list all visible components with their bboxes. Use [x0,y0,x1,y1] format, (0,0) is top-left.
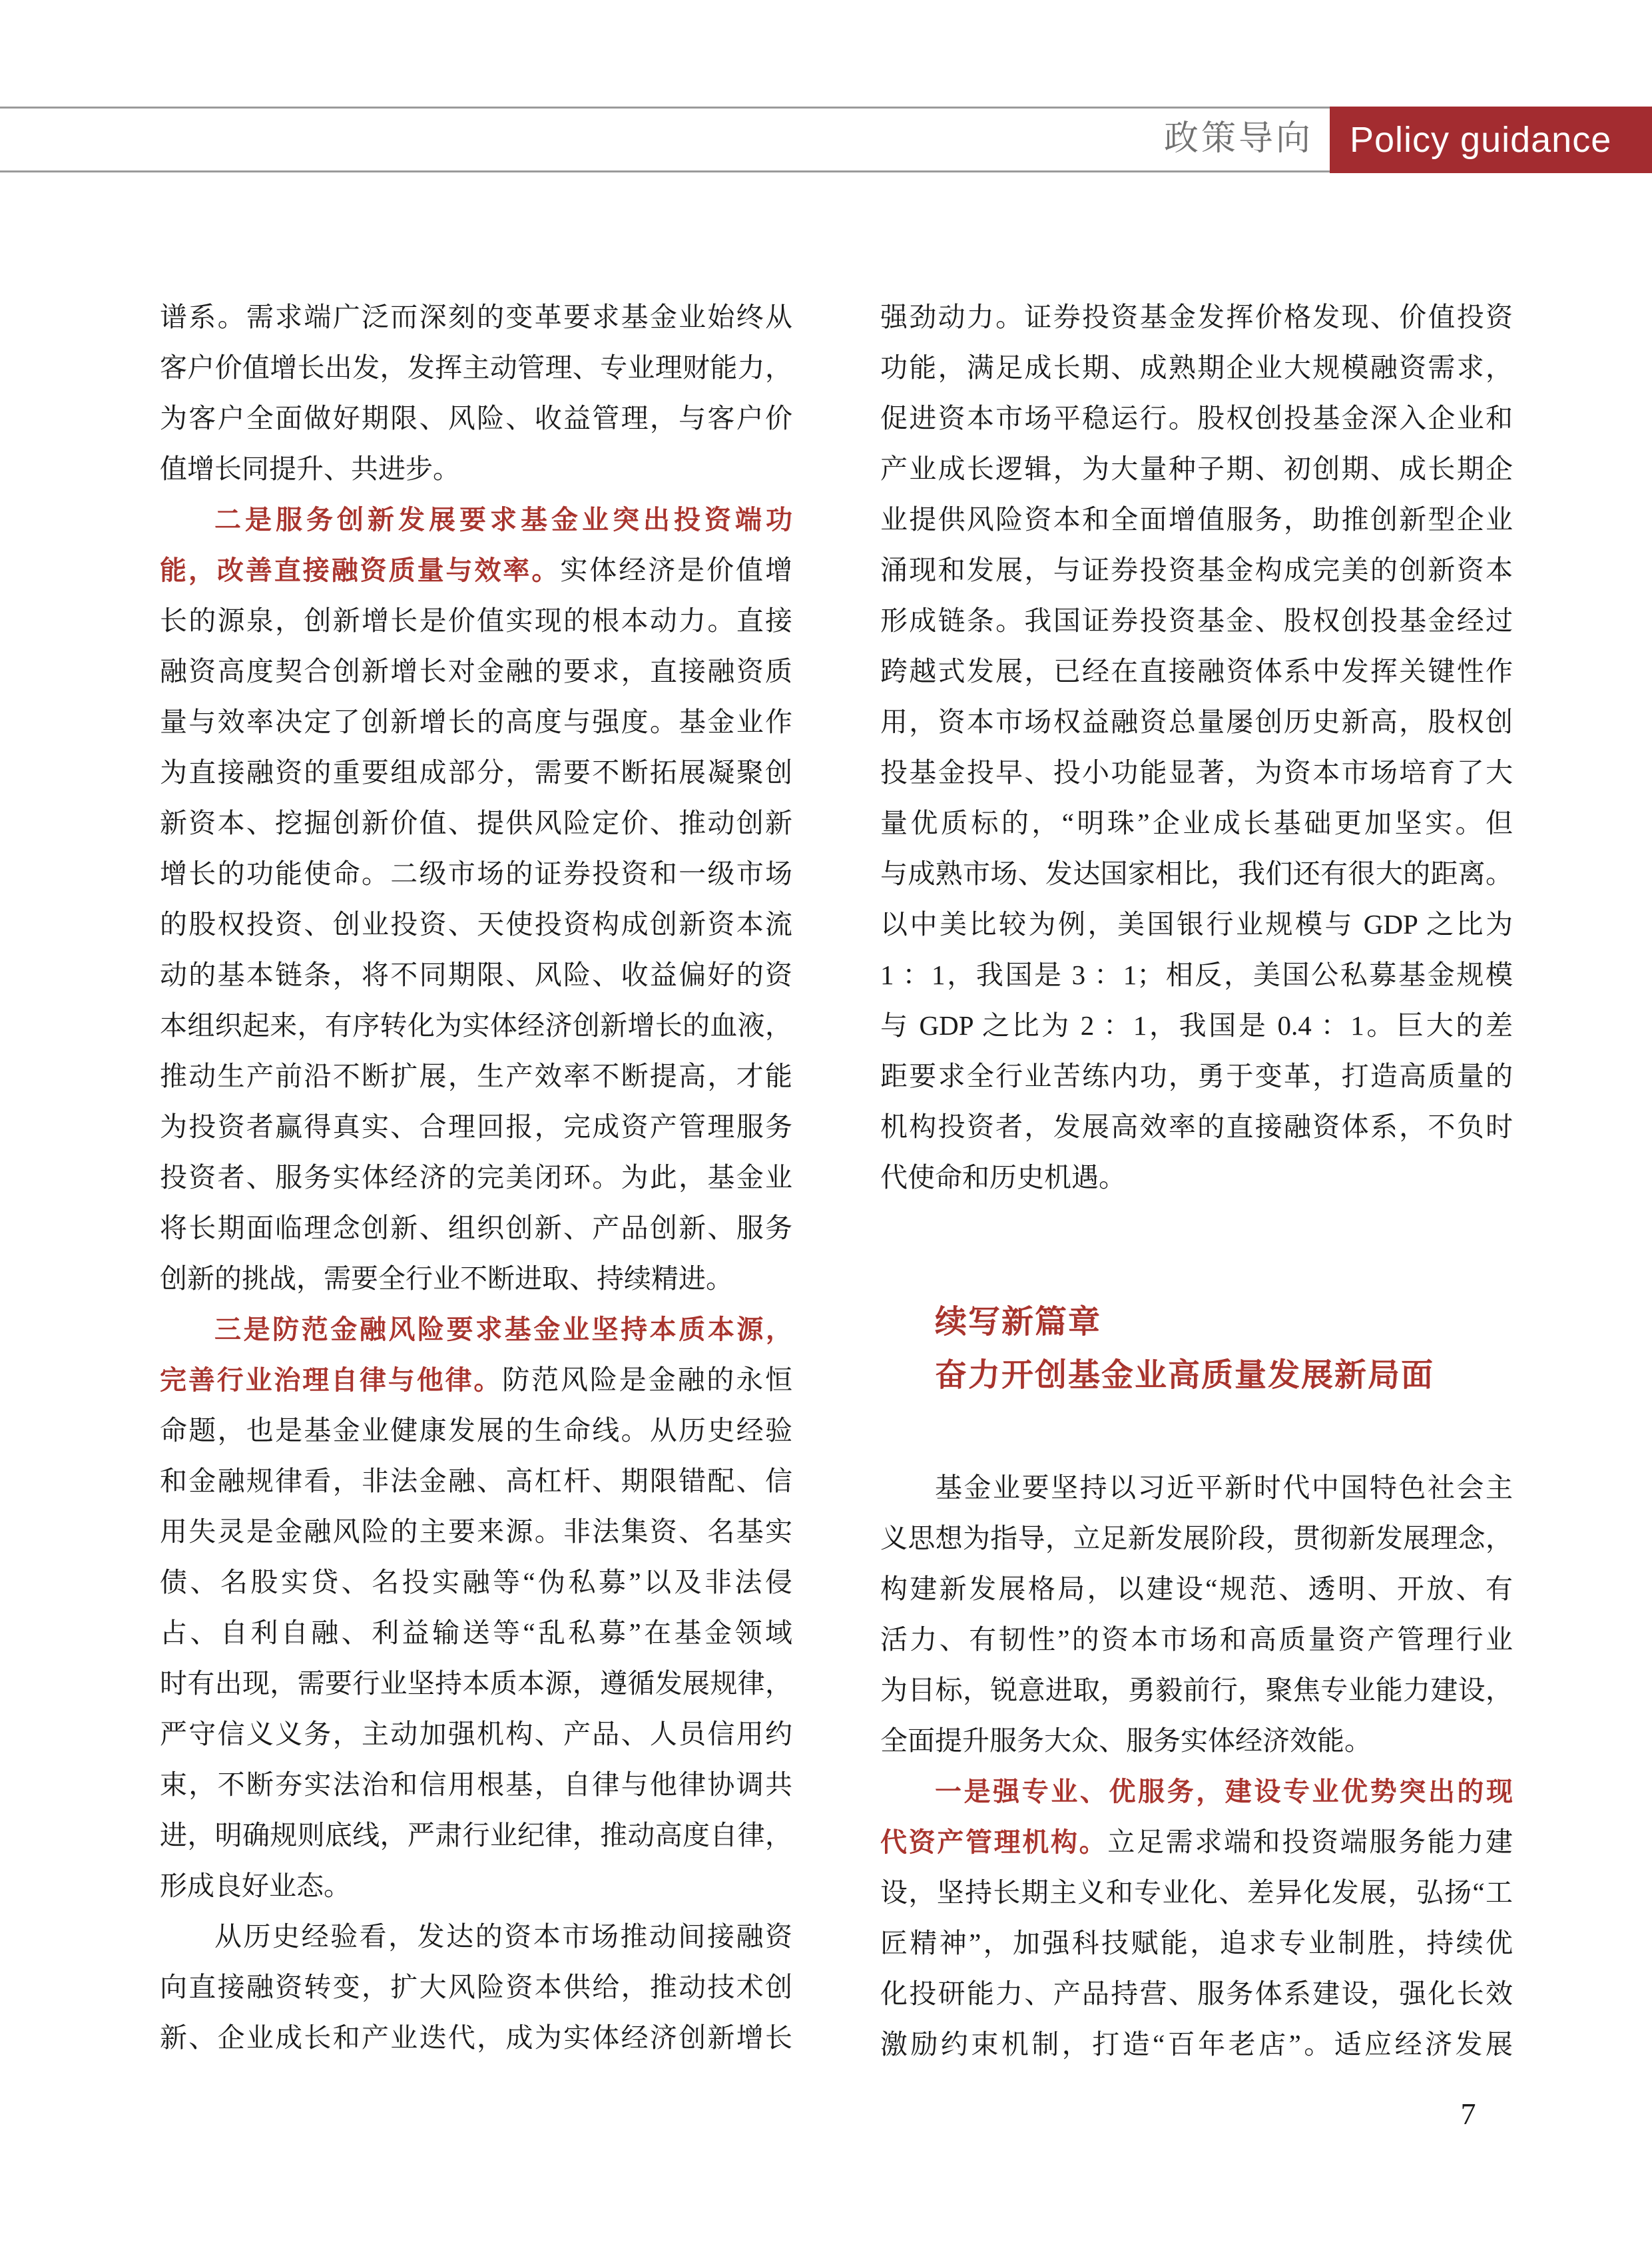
body-text: 时有出现，需要行业坚持本质本源，遵循发展规律， [160,1668,792,1699]
body-text: 产业成长逻辑，为大量种子期、初创期、成长期企 [880,453,1513,484]
subhead-text: 完善行业治理自律与他律。 [160,1366,502,1395]
body-line: 匠精神”，加强科技赋能，追求专业制胜，持续优 [880,1918,1513,1968]
section-heading-line: 奋力开创基金业高质量发展新局面 [935,1349,1513,1402]
subhead-text: 代资产管理机构。 [880,1828,1107,1857]
body-line: 强劲动力。证券投资基金发挥价格发现、价值投资 [880,292,1513,342]
body-text: 用，资本市场权益融资总量屡创历史新高，股权创 [880,706,1513,737]
body-line: 义思想为指导，立足新发展阶段，贯彻新发展理念， [880,1513,1513,1563]
body-line: 与成熟市场、发达国家相比，我们还有很大的距离。 [880,848,1513,899]
body-text: 融资高度契合创新增长对金融的要求，直接融资质 [160,656,792,687]
body-text: 谱系。需求端广泛而深刻的变革要求基金业始终从 [160,302,792,332]
body-text: 新资本、挖掘创新价值、提供风险定价、推动创新 [160,808,792,838]
body-line: 为投资者赢得真实、合理回报，完成资产管理服务 [160,1101,792,1152]
body-line: 激励约束机制，打造“百年老店”。适应经济发展 [880,2019,1513,2070]
body-text: 债、名股实贷、名投实融等“伪私募”以及非法侵 [160,1567,792,1597]
body-line: 能，改善直接融资质量与效率。实体经济是价值增 [160,545,792,595]
body-line: 和金融规律看，非法金融、高杠杆、期限错配、信 [160,1456,792,1506]
right-column-lower-paragraphs: 基金业要坚持以习近平新时代中国特色社会主义思想为指导，立足新发展阶段，贯彻新发展… [880,1462,1513,2070]
body-text: 束，不断夯实法治和信用根基，自律与他律协调共 [160,1769,792,1800]
body-text: 创新的挑战，需要全行业不断进取、持续精进。 [160,1263,733,1294]
body-text: 客户价值增长出发，发挥主动管理、专业理财能力， [160,352,792,383]
body-line: 命题，也是基金业健康发展的生命线。从历史经验 [160,1405,792,1456]
body-text: 全面提升服务大众、服务实体经济效能。 [880,1725,1372,1756]
body-text: 动的基本链条，将不同期限、风险、收益偏好的资 [160,960,792,990]
body-line: 一是强专业、优服务，建设专业优势突出的现 [880,1766,1513,1817]
body-line: 债、名股实贷、名投实融等“伪私募”以及非法侵 [160,1557,792,1607]
body-text: 距要求全行业苦练内功，勇于变革，打造高质量的 [880,1061,1513,1091]
body-text: 化投研能力、产品持营、服务体系建设，强化长效 [880,1978,1513,2009]
body-line: 代资产管理机构。立足需求端和投资端服务能力建 [880,1817,1513,1867]
page-number: 7 [1438,2096,1498,2131]
body-text: 设，坚持长期主义和专业化、差异化发展，弘扬“工 [880,1877,1513,1908]
body-text: 占、自利自融、利益输送等“乱私募”在基金领域 [160,1617,792,1648]
body-text: 增长的功能使命。二级市场的证券投资和一级市场 [160,858,792,889]
body-text: 为客户全面做好期限、风险、收益管理，与客户价 [160,403,792,433]
body-line: 量与效率决定了创新增长的高度与强度。基金业作 [160,697,792,747]
body-line: 长的源泉，创新增长是价值实现的根本动力。直接 [160,595,792,646]
body-line: 代使命和历史机遇。 [880,1152,1513,1203]
body-text: 强劲动力。证券投资基金发挥价格发现、价值投资 [880,302,1513,332]
body-line: 1 ：1，我国是 3 ：1；相反，美国公私募基金规模 [880,950,1513,1000]
body-line: 化投研能力、产品持营、服务体系建设，强化长效 [880,1968,1513,2019]
subhead-text: 三是防范金融风险要求基金业坚持本质本源， [214,1315,792,1344]
body-line: 为客户全面做好期限、风险、收益管理，与客户价 [160,393,792,443]
body-text: 投资者、服务实体经济的完美闭环。为此，基金业 [160,1162,792,1193]
body-line: 全面提升服务大众、服务实体经济效能。 [880,1715,1513,1766]
body-line: 本组织起来，有序转化为实体经济创新增长的血液， [160,1000,792,1051]
body-text: 与 GDP 之比为 2 ：1，我国是 0.4 ：1。巨大的差 [880,1010,1513,1041]
body-line: 值增长同提升、共进步。 [160,443,792,494]
body-line: 客户价值增长出发，发挥主动管理、专业理财能力， [160,342,792,393]
body-line: 将长期面临理念创新、组织创新、产品创新、服务 [160,1203,792,1253]
body-line: 功能，满足成长期、成熟期企业大规模融资需求， [880,342,1513,393]
body-text: 为目标，锐意进取，勇毅前行，聚焦专业能力建设， [880,1675,1513,1705]
body-text: 投基金投早、投小功能显著，为资本市场培育了大 [880,757,1513,788]
body-text: 为投资者赢得真实、合理回报，完成资产管理服务 [160,1111,792,1142]
body-line: 距要求全行业苦练内功，勇于变革，打造高质量的 [880,1051,1513,1101]
section-title-en: Policy guidance [1330,107,1652,173]
body-text: 代使命和历史机遇。 [880,1162,1126,1193]
body-line: 活力、有韧性”的资本市场和高质量资产管理行业 [880,1614,1513,1665]
body-line: 二是服务创新发展要求基金业突出投资端功 [160,494,792,545]
body-text: 新、企业成长和产业迭代，成为实体经济创新增长 [160,2022,792,2053]
body-line: 用失灵是金融风险的主要来源。非法集资、名基实 [160,1506,792,1557]
body-line: 完善行业治理自律与他律。防范风险是金融的永恒 [160,1354,792,1405]
body-line: 涌现和发展，与证券投资基金构成完美的创新资本 [880,545,1513,595]
body-line: 形成良好业态。 [160,1860,792,1911]
left-column: 谱系。需求端广泛而深刻的变革要求基金业始终从客户价值增长出发，发挥主动管理、专业… [160,292,792,2063]
magazine-page: 政策导向 Policy guidance 谱系。需求端广泛而深刻的变革要求基金业… [0,0,1652,2242]
body-text: 命题，也是基金业健康发展的生命线。从历史经验 [160,1415,792,1446]
subhead-text: 能，改善直接融资质量与效率。 [160,556,560,585]
body-text: 为直接融资的重要组成部分，需要不断拓展凝聚创 [160,757,792,788]
body-text: 激励约束机制，打造“百年老店”。适应经济发展 [880,2029,1513,2060]
body-line: 机构投资者，发展高效率的直接融资体系，不负时 [880,1101,1513,1152]
body-text: 业提供风险资本和全面增值服务，助推创新型企业 [880,504,1513,535]
body-line: 投基金投早、投小功能显著，为资本市场培育了大 [880,747,1513,798]
body-line: 量优质标的，“明珠”企业成长基础更加坚实。但 [880,798,1513,848]
body-text: 形成良好业态。 [160,1870,351,1901]
body-line: 严守信义义务，主动加强机构、产品、人员信用约 [160,1709,792,1759]
body-line: 进，明确规则底线，严肃行业纪律，推动高度自律， [160,1810,792,1860]
body-line: 向直接融资转变，扩大风险资本供给，推动技术创 [160,1962,792,2012]
body-line: 投资者、服务实体经济的完美闭环。为此，基金业 [160,1152,792,1203]
section-heading-line: 续写新篇章 [935,1296,1513,1349]
body-text: 长的源泉，创新增长是价值实现的根本动力。直接 [160,605,792,636]
body-text: 防范风险是金融的永恒 [502,1364,792,1395]
body-text: 从历史经验看，发达的资本市场推动间接融资 [214,1921,792,1952]
body-text: 严守信义义务，主动加强机构、产品、人员信用约 [160,1719,792,1749]
body-line: 基金业要坚持以习近平新时代中国特色社会主 [880,1462,1513,1513]
body-text: 的股权投资、创业投资、天使投资构成创新资本流 [160,909,792,940]
body-line: 从历史经验看，发达的资本市场推动间接融资 [160,1911,792,1962]
body-line: 三是防范金融风险要求基金业坚持本质本源， [160,1304,792,1354]
body-line: 形成链条。我国证券投资基金、股权创投基金经过 [880,595,1513,646]
body-text: 实体经济是价值增 [560,555,792,585]
body-line: 增长的功能使命。二级市场的证券投资和一级市场 [160,848,792,899]
body-line: 促进资本市场平稳运行。股权创投基金深入企业和 [880,393,1513,443]
body-text: 义思想为指导，立足新发展阶段，贯彻新发展理念， [880,1523,1513,1553]
body-line: 占、自利自融、利益输送等“乱私募”在基金领域 [160,1607,792,1658]
body-line: 推动生产前沿不断扩展，生产效率不断提高，才能 [160,1051,792,1101]
section-heading: 续写新篇章奋力开创基金业高质量发展新局面 [880,1296,1513,1402]
body-line: 跨越式发展，已经在直接融资体系中发挥关键性作 [880,646,1513,697]
body-line: 产业成长逻辑，为大量种子期、初创期、成长期企 [880,443,1513,494]
body-line: 融资高度契合创新增长对金融的要求，直接融资质 [160,646,792,697]
body-line: 设，坚持长期主义和专业化、差异化发展，弘扬“工 [880,1867,1513,1918]
body-line: 新、企业成长和产业迭代，成为实体经济创新增长 [160,2012,792,2063]
body-text: 值增长同提升、共进步。 [160,453,460,484]
right-column-upper-paragraphs: 强劲动力。证券投资基金发挥价格发现、价值投资功能，满足成长期、成熟期企业大规模融… [880,292,1513,1203]
header-rule-bottom [0,170,1330,172]
body-line: 时有出现，需要行业坚持本质本源，遵循发展规律， [160,1658,792,1709]
section-title-zh: 政策导向 [932,107,1313,170]
body-text: 以中美比较为例，美国银行业规模与 GDP 之比为 [880,909,1513,940]
body-text: 将长期面临理念创新、组织创新、产品创新、服务 [160,1213,792,1243]
body-line: 创新的挑战，需要全行业不断进取、持续精进。 [160,1253,792,1304]
policy-guidance-box: Policy guidance [1330,107,1652,173]
body-line: 与 GDP 之比为 2 ：1，我国是 0.4 ：1。巨大的差 [880,1000,1513,1051]
body-text: 跨越式发展，已经在直接融资体系中发挥关键性作 [880,656,1513,687]
body-line: 的股权投资、创业投资、天使投资构成创新资本流 [160,899,792,950]
body-text: 进，明确规则底线，严肃行业纪律，推动高度自律， [160,1820,792,1850]
body-line: 以中美比较为例，美国银行业规模与 GDP 之比为 [880,899,1513,950]
body-text: 向直接融资转变，扩大风险资本供给，推动技术创 [160,1972,792,2002]
body-text: 和金融规律看，非法金融、高杠杆、期限错配、信 [160,1466,792,1496]
body-text: 推动生产前沿不断扩展，生产效率不断提高，才能 [160,1061,792,1091]
body-text: 用失灵是金融风险的主要来源。非法集资、名基实 [160,1516,792,1547]
body-text: 基金业要坚持以习近平新时代中国特色社会主 [935,1472,1513,1503]
body-text: 量与效率决定了创新增长的高度与强度。基金业作 [160,706,792,737]
body-text: 本组织起来，有序转化为实体经济创新增长的血液， [160,1010,792,1041]
body-line: 谱系。需求端广泛而深刻的变革要求基金业始终从 [160,292,792,342]
body-text: 匠精神”，加强科技赋能，追求专业制胜，持续优 [880,1928,1513,1958]
body-line: 动的基本链条，将不同期限、风险、收益偏好的资 [160,950,792,1000]
subhead-text: 二是服务创新发展要求基金业突出投资端功 [214,505,792,535]
body-text: 形成链条。我国证券投资基金、股权创投基金经过 [880,605,1513,636]
body-line: 构建新发展格局，以建设“规范、透明、开放、有 [880,1563,1513,1614]
body-line: 新资本、挖掘创新价值、提供风险定价、推动创新 [160,798,792,848]
body-text: 量优质标的，“明珠”企业成长基础更加坚实。但 [880,808,1513,838]
body-line: 业提供风险资本和全面增值服务，助推创新型企业 [880,494,1513,545]
body-text: 机构投资者，发展高效率的直接融资体系，不负时 [880,1111,1513,1142]
body-text: 涌现和发展，与证券投资基金构成完美的创新资本 [880,555,1513,585]
body-text: 立足需求端和投资端服务能力建 [1107,1826,1513,1857]
body-line: 用，资本市场权益融资总量屡创历史新高，股权创 [880,697,1513,747]
subhead-text: 一是强专业、优服务，建设专业优势突出的现 [935,1777,1513,1807]
body-text: 活力、有韧性”的资本市场和高质量资产管理行业 [880,1624,1513,1655]
body-line: 为目标，锐意进取，勇毅前行，聚焦专业能力建设， [880,1665,1513,1715]
body-line: 为直接融资的重要组成部分，需要不断拓展凝聚创 [160,747,792,798]
body-text: 与成熟市场、发达国家相比，我们还有很大的距离。 [880,858,1513,889]
body-text: 功能，满足成长期、成熟期企业大规模融资需求， [880,352,1513,383]
body-text: 促进资本市场平稳运行。股权创投基金深入企业和 [880,403,1513,433]
body-text: 构建新发展格局，以建设“规范、透明、开放、有 [880,1573,1513,1604]
body-text: 1 ：1，我国是 3 ：1；相反，美国公私募基金规模 [880,960,1513,990]
right-column: 强劲动力。证券投资基金发挥价格发现、价值投资功能，满足成长期、成熟期企业大规模融… [880,292,1513,2070]
body-line: 束，不断夯实法治和信用根基，自律与他律协调共 [160,1759,792,1810]
